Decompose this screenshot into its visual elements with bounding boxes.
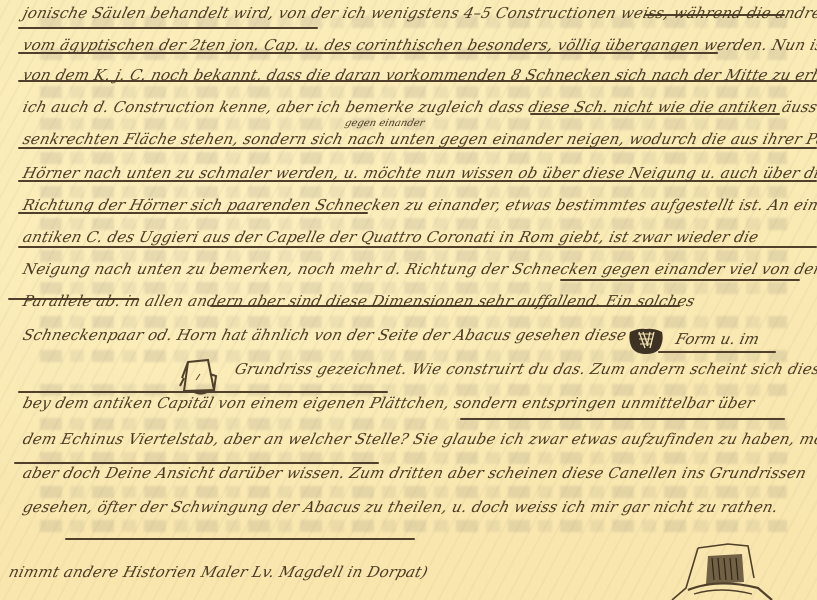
line-text: jonische Säulen behandelt wird, von der … xyxy=(21,4,817,22)
manuscript-line-17: nimmt andere Historien Maler Lv. Magdell… xyxy=(4,563,430,593)
line-text: Hörner nach unten zu schmaler werden, u.… xyxy=(21,164,817,182)
manuscript-line-13: bey dem antiken Capitäl von einem eigene… xyxy=(18,394,757,424)
interlinear-insertion: gegen einander xyxy=(344,118,426,129)
manuscript-line-14: dem Echinus Viertelstab, aber an welcher… xyxy=(18,430,817,460)
manuscript-line-5: senkrechten Fläche stehen, sondern sich … xyxy=(18,130,817,160)
line-text: Parallele ab. in allen andern aber sind … xyxy=(21,292,697,310)
underline-stroke xyxy=(65,538,415,540)
manuscript-line-11: Schneckenpaar od. Horn hat ähnlich von d… xyxy=(18,326,629,356)
line-text: senkrechten Fläche stehen, sondern sich … xyxy=(21,130,817,148)
manuscript-line-16: gesehen, öfter der Schwingung der Abacus… xyxy=(18,498,780,528)
line-text: Grundriss gezeichnet. Wie construirt du … xyxy=(233,360,817,378)
line-text: Schneckenpaar od. Horn hat ähnlich von d… xyxy=(21,326,629,344)
manuscript-line-8: antiken C. des Uggieri aus der Capelle d… xyxy=(18,228,761,258)
manuscript-line-15: aber doch Deine Ansicht darüber wissen. … xyxy=(18,464,808,494)
manuscript-line-10: Parallele ab. in allen andern aber sind … xyxy=(18,292,697,322)
manuscript-line-3: von dem K. j. C. noch bekannt, dass die … xyxy=(18,66,817,96)
line-text: nimmt andere Historien Maler Lv. Magdell… xyxy=(7,563,430,581)
manuscript-line-2: vom ägyptischen der 2ten jon. Cap. u. de… xyxy=(18,36,817,66)
line-text: ich auch d. Construction kenne, aber ich… xyxy=(21,98,817,116)
line-text: von dem K. j. C. noch bekannt, dass die … xyxy=(21,66,817,84)
manuscript-line-6: Hörner nach unten zu schmaler werden, u.… xyxy=(18,164,817,194)
manuscript-page: jonische Säulen behandelt wird, von der … xyxy=(0,0,817,600)
line-text: dem Echinus Viertelstab, aber an welcher… xyxy=(21,430,817,448)
manuscript-line-12: Grundriss gezeichnet. Wie construirt du … xyxy=(230,360,817,390)
line-text: antiken C. des Uggieri aus der Capelle d… xyxy=(21,228,761,246)
capital-drawing-sketch-icon xyxy=(668,538,778,600)
volute-pair-sketch-icon xyxy=(626,326,666,356)
line-text: Neigung nach unten zu bemerken, noch meh… xyxy=(21,260,817,278)
manuscript-line-1: jonische Säulen behandelt wird, von der … xyxy=(18,4,817,34)
line-text: bey dem antiken Capitäl von einem eigene… xyxy=(21,394,757,412)
line-text: gesehen, öfter der Schwingung der Abacus… xyxy=(21,498,780,516)
underline-stroke xyxy=(658,351,776,353)
manuscript-line-7: Richtung der Hörner sich paarenden Schne… xyxy=(18,196,817,226)
manuscript-line-9: Neigung nach unten zu bemerken, noch meh… xyxy=(18,260,817,290)
line-text: Richtung der Hörner sich paarenden Schne… xyxy=(21,196,817,214)
line-text: aber doch Deine Ansicht darüber wissen. … xyxy=(21,464,808,482)
capital-elevation-sketch-icon xyxy=(176,356,224,400)
line-text: vom ägyptischen der 2ten jon. Cap. u. de… xyxy=(21,36,817,54)
interlinear-insertion: Form u. im xyxy=(674,330,761,348)
